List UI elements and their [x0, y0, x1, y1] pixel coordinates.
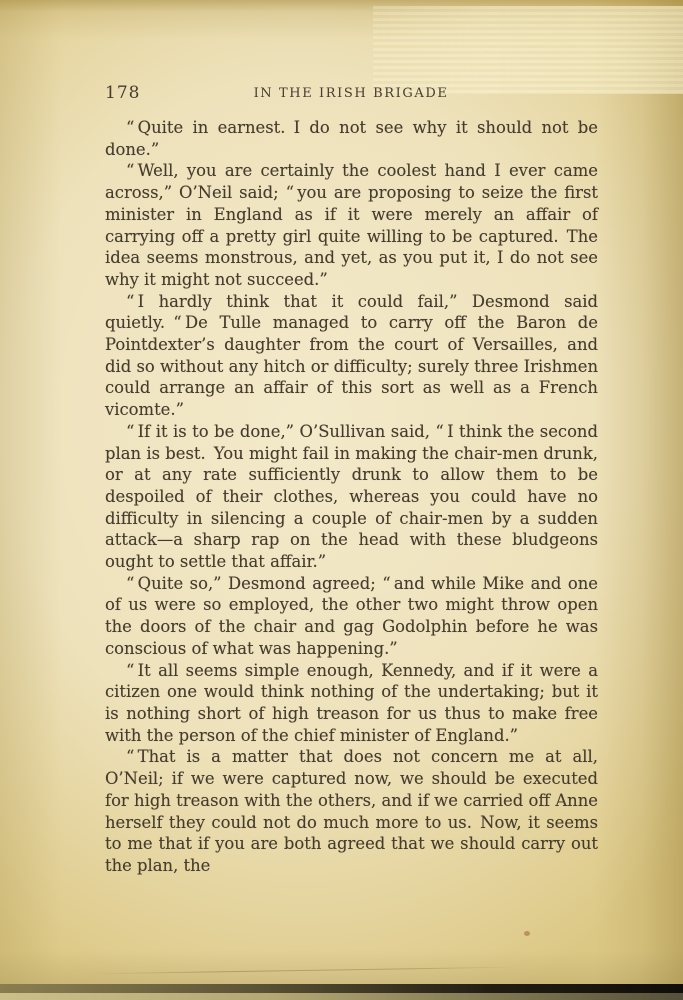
scanned-book-page: 178 IN THE IRISH BRIGADE “ Quite in earn…: [0, 0, 683, 1000]
paragraph: “ Quite so,” Desmond agreed; “ and while…: [105, 573, 598, 660]
body-text: “ Quite in earnest. I do not see why it …: [105, 117, 598, 877]
paper-crease: [88, 967, 518, 975]
paragraph: “ That is a matter that does not concern…: [105, 746, 598, 876]
paragraph: “ Well, you are certainly the coolest ha…: [105, 160, 598, 290]
paper-speck: [524, 931, 530, 936]
paragraph: “ If it is to be done,” O’Sullivan said,…: [105, 421, 598, 573]
paragraph: “ I hardly think that it could fail,” De…: [105, 291, 598, 421]
scan-light-streaks: [373, 6, 683, 94]
page-header: 178 IN THE IRISH BRIGADE: [105, 83, 597, 103]
running-title: IN THE IRISH BRIGADE: [105, 86, 597, 101]
paragraph: “ It all seems simple enough, Kennedy, a…: [105, 660, 598, 747]
paragraph: “ Quite in earnest. I do not see why it …: [105, 117, 598, 160]
underlying-page-edge: [0, 993, 683, 1000]
page-edge-shadow: [0, 984, 683, 993]
